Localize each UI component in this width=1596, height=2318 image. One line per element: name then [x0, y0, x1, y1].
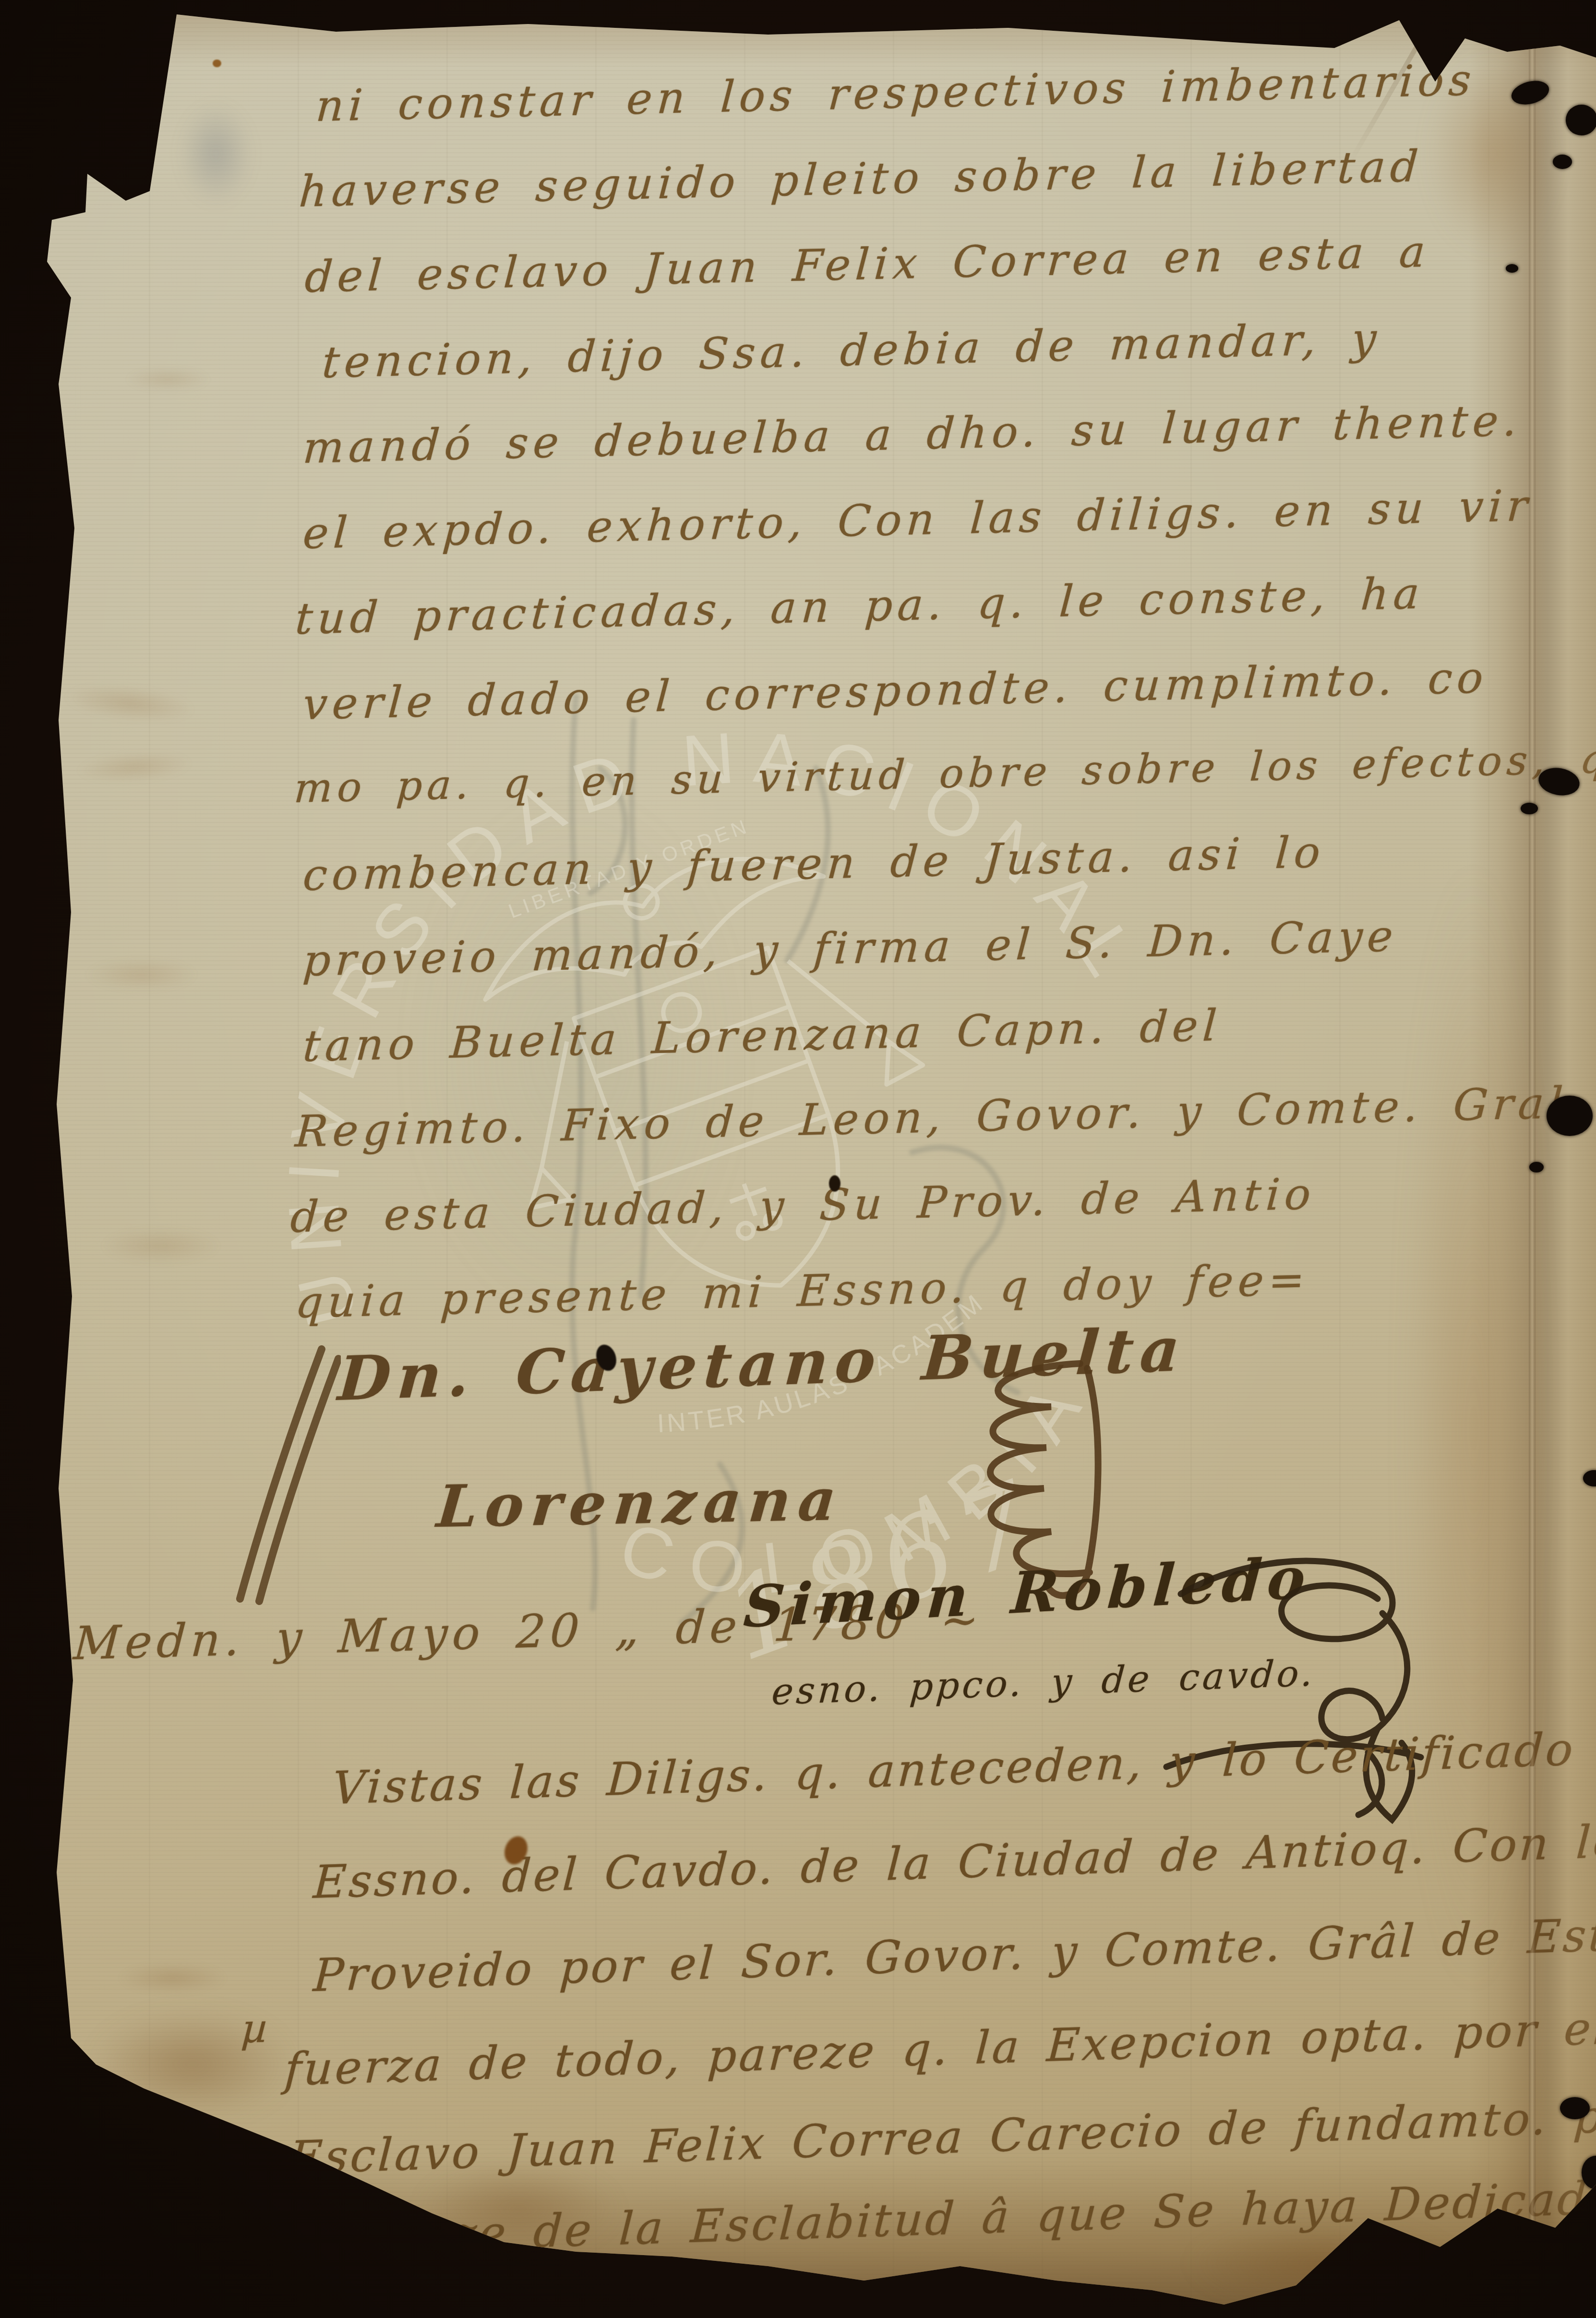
wormhole — [1566, 105, 1596, 135]
bleed-through-text — [72, 955, 211, 994]
governor-signature-line2: Lorenzana — [434, 1467, 846, 1540]
fold-crease-line — [1529, 0, 1536, 2318]
manuscript-line: tencion, dijo Ssa. debia de mandar, y — [321, 314, 1382, 388]
signature-flourish-slashes — [226, 1340, 341, 1608]
manuscript-line: del esclavo Juan Felix Correa en esta a — [303, 227, 1431, 302]
manuscript-line: el expdo. exhorto, Con las diligs. en su… — [301, 481, 1534, 559]
bleed-through-text — [115, 365, 221, 394]
manuscript-line: mandó se debuelba a dho. su lugar thente… — [301, 396, 1523, 473]
wormhole — [1529, 1162, 1544, 1172]
scan-background: UNIVERSIDAD NACIONAL DE COLOMBIA LIBERTA… — [0, 0, 1596, 2318]
corner-light-patch — [115, 2194, 240, 2281]
wormhole — [1553, 155, 1572, 169]
manuscript-line: Esclavo Juan Felix Correa Carecio de fun… — [288, 2089, 1596, 2185]
manuscript-line: fuerza de todo, pareze q. la Exepcion op… — [283, 2003, 1596, 2096]
paper-fleck — [213, 60, 221, 67]
margin-insertion-mark: µ — [240, 2006, 273, 2052]
ink-blot — [829, 1175, 840, 1192]
wormhole — [1521, 803, 1538, 814]
wormhole — [1506, 264, 1518, 273]
wormhole — [1509, 77, 1551, 108]
bleed-through-text — [46, 673, 213, 733]
paper-stain — [1406, 19, 1579, 288]
manuscript-line: haverse seguido pleito sobre la libertad — [298, 142, 1424, 217]
bleed-through-text — [61, 744, 208, 790]
wormhole — [1583, 1470, 1596, 1486]
bleed-through-text — [86, 1224, 235, 1268]
manuscript-line: ni constar en los respectivos imbentario… — [314, 55, 1477, 132]
bleed-through-text — [106, 1959, 240, 1997]
wormhole — [1560, 2097, 1590, 2119]
wormhole — [1547, 1096, 1593, 1136]
corner-smudge — [168, 86, 264, 221]
manuscript-page: UNIVERSIDAD NACIONAL DE COLOMBIA LIBERTA… — [0, 0, 1596, 2318]
manuscript-line: Proveido por el Sor. Govor. y Comte. Grâ… — [312, 1898, 1596, 2002]
manuscript-line: Ubadirze de la Esclabitud â que Se haya … — [278, 2170, 1596, 2266]
